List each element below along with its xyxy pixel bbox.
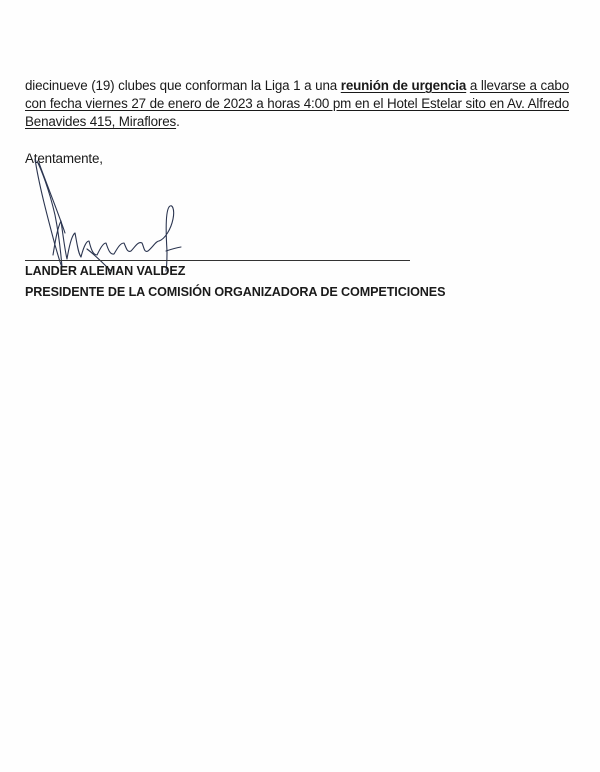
paragraph-segment: diecinueve (19) clubes que conforman la …: [25, 78, 341, 93]
signature-icon: [25, 155, 195, 275]
paragraph-segment: .: [176, 114, 180, 129]
document-page: diecinueve (19) clubes que conforman la …: [0, 0, 600, 772]
signer-title: PRESIDENTE DE LA COMISIÓN ORGANIZADORA D…: [25, 285, 445, 299]
signer-name: LANDER ALEMAN VALDEZ: [25, 264, 185, 278]
meeting-type-emphasis: reunión de urgencia: [341, 78, 466, 93]
signature-line: [25, 260, 410, 261]
body-paragraph: diecinueve (19) clubes que conforman la …: [25, 77, 569, 131]
meeting-type: reunión de urgencia: [341, 78, 466, 93]
